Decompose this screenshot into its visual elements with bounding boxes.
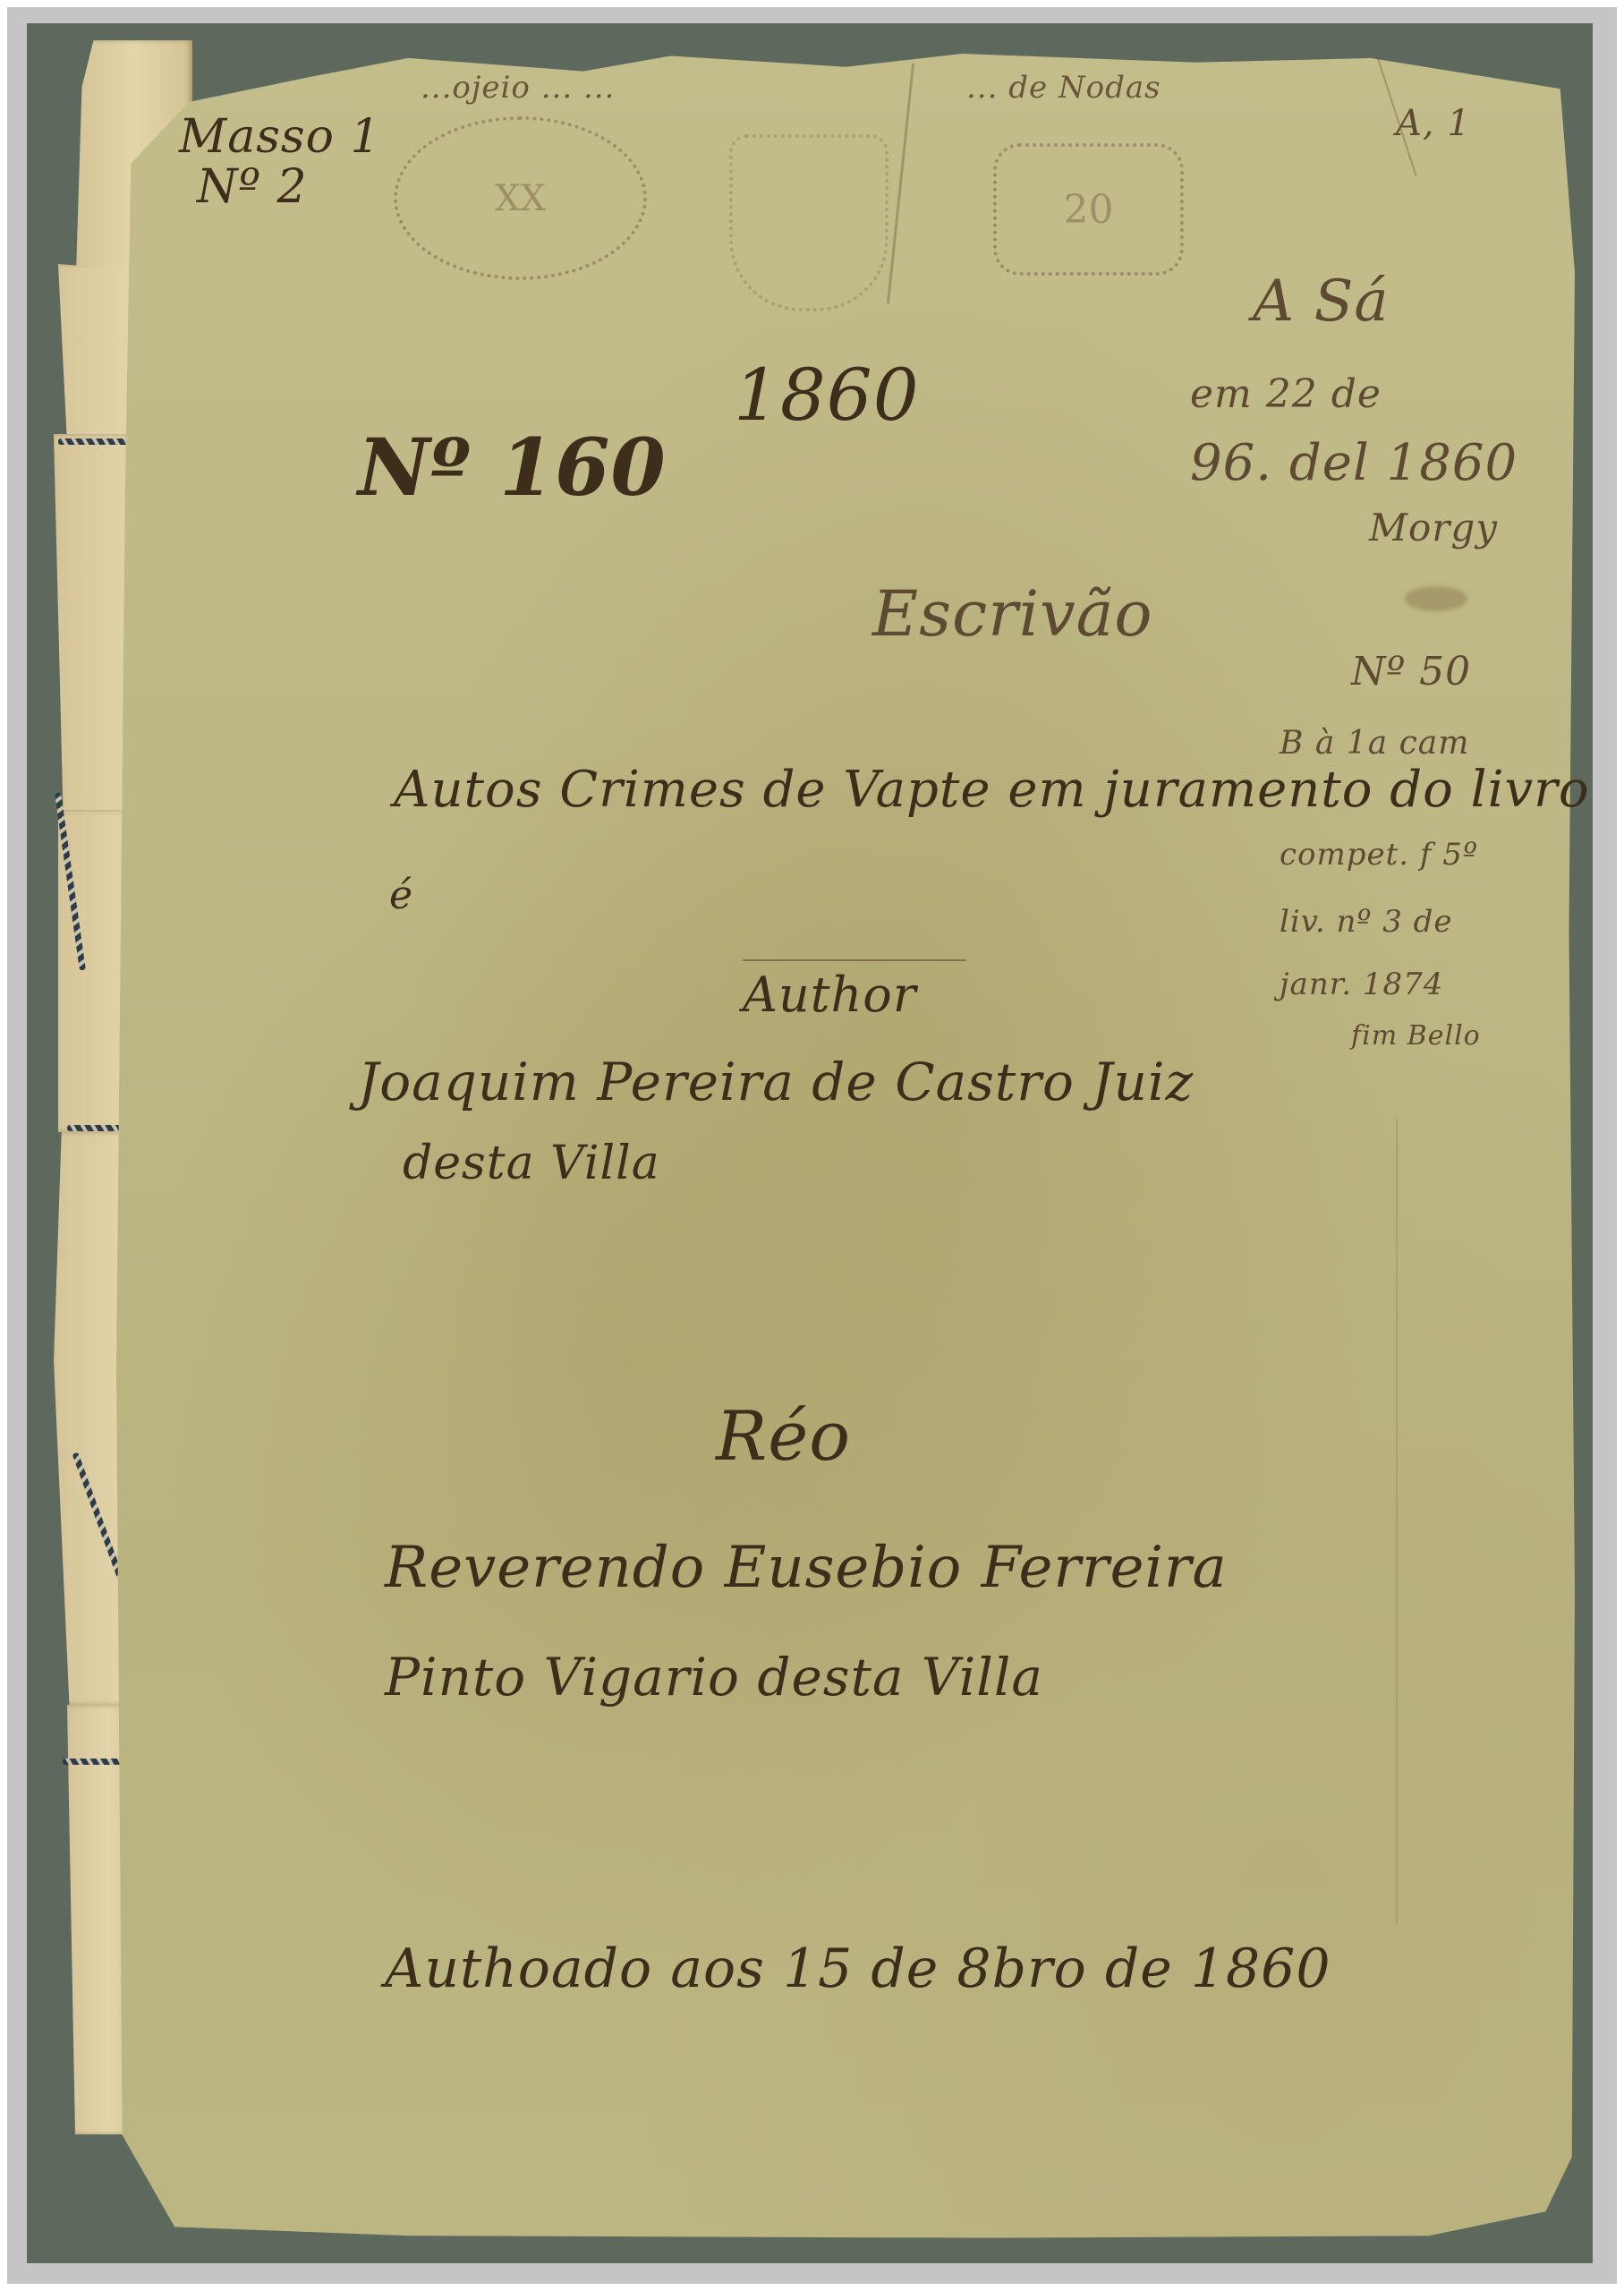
margin-note-line: janr. 1874 xyxy=(1280,967,1443,1002)
tax-stamp-oval: XX xyxy=(394,116,647,280)
margin-note-line: liv. nº 3 de xyxy=(1280,904,1453,940)
margin-note-line: 96. del 1860 xyxy=(1190,434,1518,492)
ink-stain xyxy=(1405,586,1467,611)
margin-note-line: compet. f 5º xyxy=(1280,837,1478,873)
tax-stamp-octagon: 20 xyxy=(993,143,1184,276)
case-title: Autos Crimes de Vapte em juramento do li… xyxy=(394,761,1590,819)
archive-label: Masso 1 Nº 2 xyxy=(179,112,381,212)
conjunction: é xyxy=(389,873,413,918)
margin-note-line: Morgy xyxy=(1369,506,1498,549)
paper-crease xyxy=(1396,1119,1398,1924)
folio-mark: A, 1 xyxy=(1396,103,1471,144)
defendant-title: Pinto Vigario desta Villa xyxy=(385,1647,1043,1708)
margin-note-line: A Sá xyxy=(1253,268,1390,335)
label-underline xyxy=(743,959,966,961)
plaintiff-label: Author xyxy=(743,967,917,1023)
margin-note-number: Nº 50 xyxy=(1351,649,1471,694)
header-text-left: ...ojeio ... ... xyxy=(421,70,615,106)
margin-note-line: B à 1a cam xyxy=(1280,725,1469,762)
header-text-right: ... de Nodas xyxy=(966,70,1161,106)
defendant-name: Reverendo Eusebio Ferreira xyxy=(385,1535,1228,1601)
case-year: 1860 xyxy=(734,353,920,437)
defendant-label: Réo xyxy=(716,1396,851,1476)
plaintiff-place: desta Villa xyxy=(403,1137,660,1190)
tax-stamp-shield xyxy=(729,134,889,311)
autuation-date: Authoado aos 15 de 8bro de 1860 xyxy=(385,1938,1331,2000)
case-number: Nº 160 xyxy=(358,421,667,514)
margin-note-line: fim Bello xyxy=(1351,1020,1481,1052)
plaintiff-name: Joaquim Pereira de Castro Juiz xyxy=(358,1052,1194,1112)
office-heading: Escrivão xyxy=(872,577,1153,651)
margin-note-line: em 22 de xyxy=(1190,371,1382,417)
